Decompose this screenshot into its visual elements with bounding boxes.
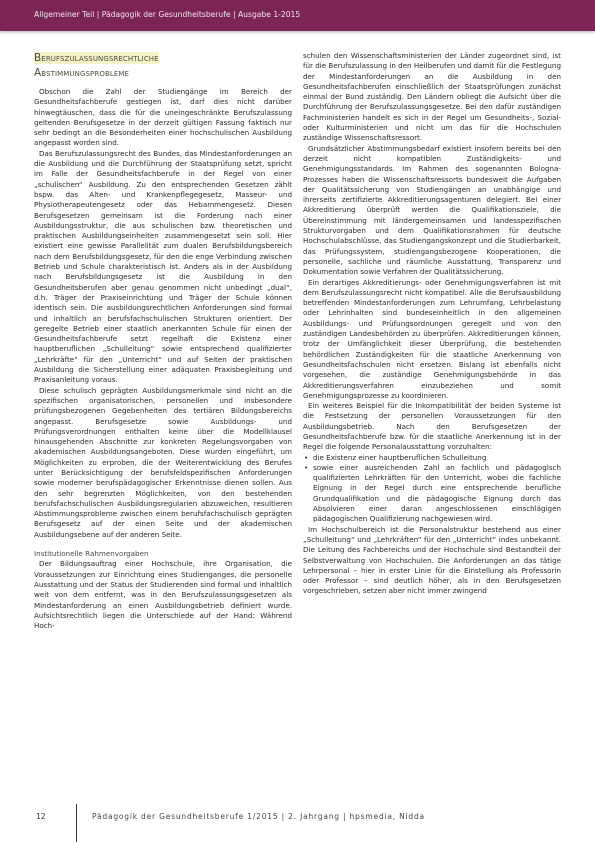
bullet-icon: •	[304, 453, 308, 463]
bullet-list: • die Existenz einer hauptberuflichen Sc…	[303, 453, 561, 525]
paragraph: Obschon die Zahl der Studiengänge im Ber…	[34, 87, 292, 149]
subheading: Institutionelle Rahmenvorgaben	[34, 549, 292, 559]
heading-line-1: Berufszulassungsrechtliche	[34, 52, 159, 64]
paragraph: Diese schulisch geprägten Ausbildungsmer…	[34, 386, 292, 540]
list-item-text: die Existenz einer hauptberuflichen Schu…	[313, 453, 486, 462]
list-item: • sowie einer ausreichenden Zahl an fach…	[303, 463, 561, 525]
paragraph: schulen den Wissenschaftsministerien der…	[303, 51, 561, 144]
right-column: schulen den Wissenschaftsministerien der…	[303, 51, 561, 597]
running-header: Allgemeiner Teil | Pädagogik der Gesundh…	[0, 0, 595, 31]
list-item-text: sowie einer ausreichenden Zahl an fachli…	[313, 463, 561, 523]
heading-line-2: Abstimmungsprobleme	[34, 67, 129, 79]
paragraph: Ein weiteres Beispiel für die Inkompatib…	[303, 401, 561, 452]
paragraph: Das Berufszulassungsrecht des Bundes, da…	[34, 149, 292, 386]
paragraph: Grundsätzlicher Abstimmungsbedarf existi…	[303, 144, 561, 278]
page-footer: 12 Pädagogik der Gesundheitsberufe 1/201…	[0, 800, 595, 842]
left-column: Berufszulassungsrechtliche Abstimmungspr…	[34, 51, 292, 631]
running-title: Allgemeiner Teil | Pädagogik der Gesundh…	[34, 10, 300, 19]
paragraph: Der Bildungsauftrag einer Hochschule, ih…	[34, 559, 292, 631]
publication-info: Pädagogik der Gesundheitsberufe 1/2015 |…	[92, 812, 425, 821]
paragraph: Im Hochschulbereich ist die Personalstru…	[303, 525, 561, 597]
section-heading: Berufszulassungsrechtliche Abstimmungspr…	[34, 51, 292, 81]
bullet-icon: •	[304, 463, 308, 473]
paragraph: Ein derartiges Akkreditierungs- oder Gen…	[303, 278, 561, 402]
page-number: 12	[36, 812, 46, 821]
list-item: • die Existenz einer hauptberuflichen Sc…	[303, 453, 561, 463]
footer-divider	[76, 804, 77, 842]
